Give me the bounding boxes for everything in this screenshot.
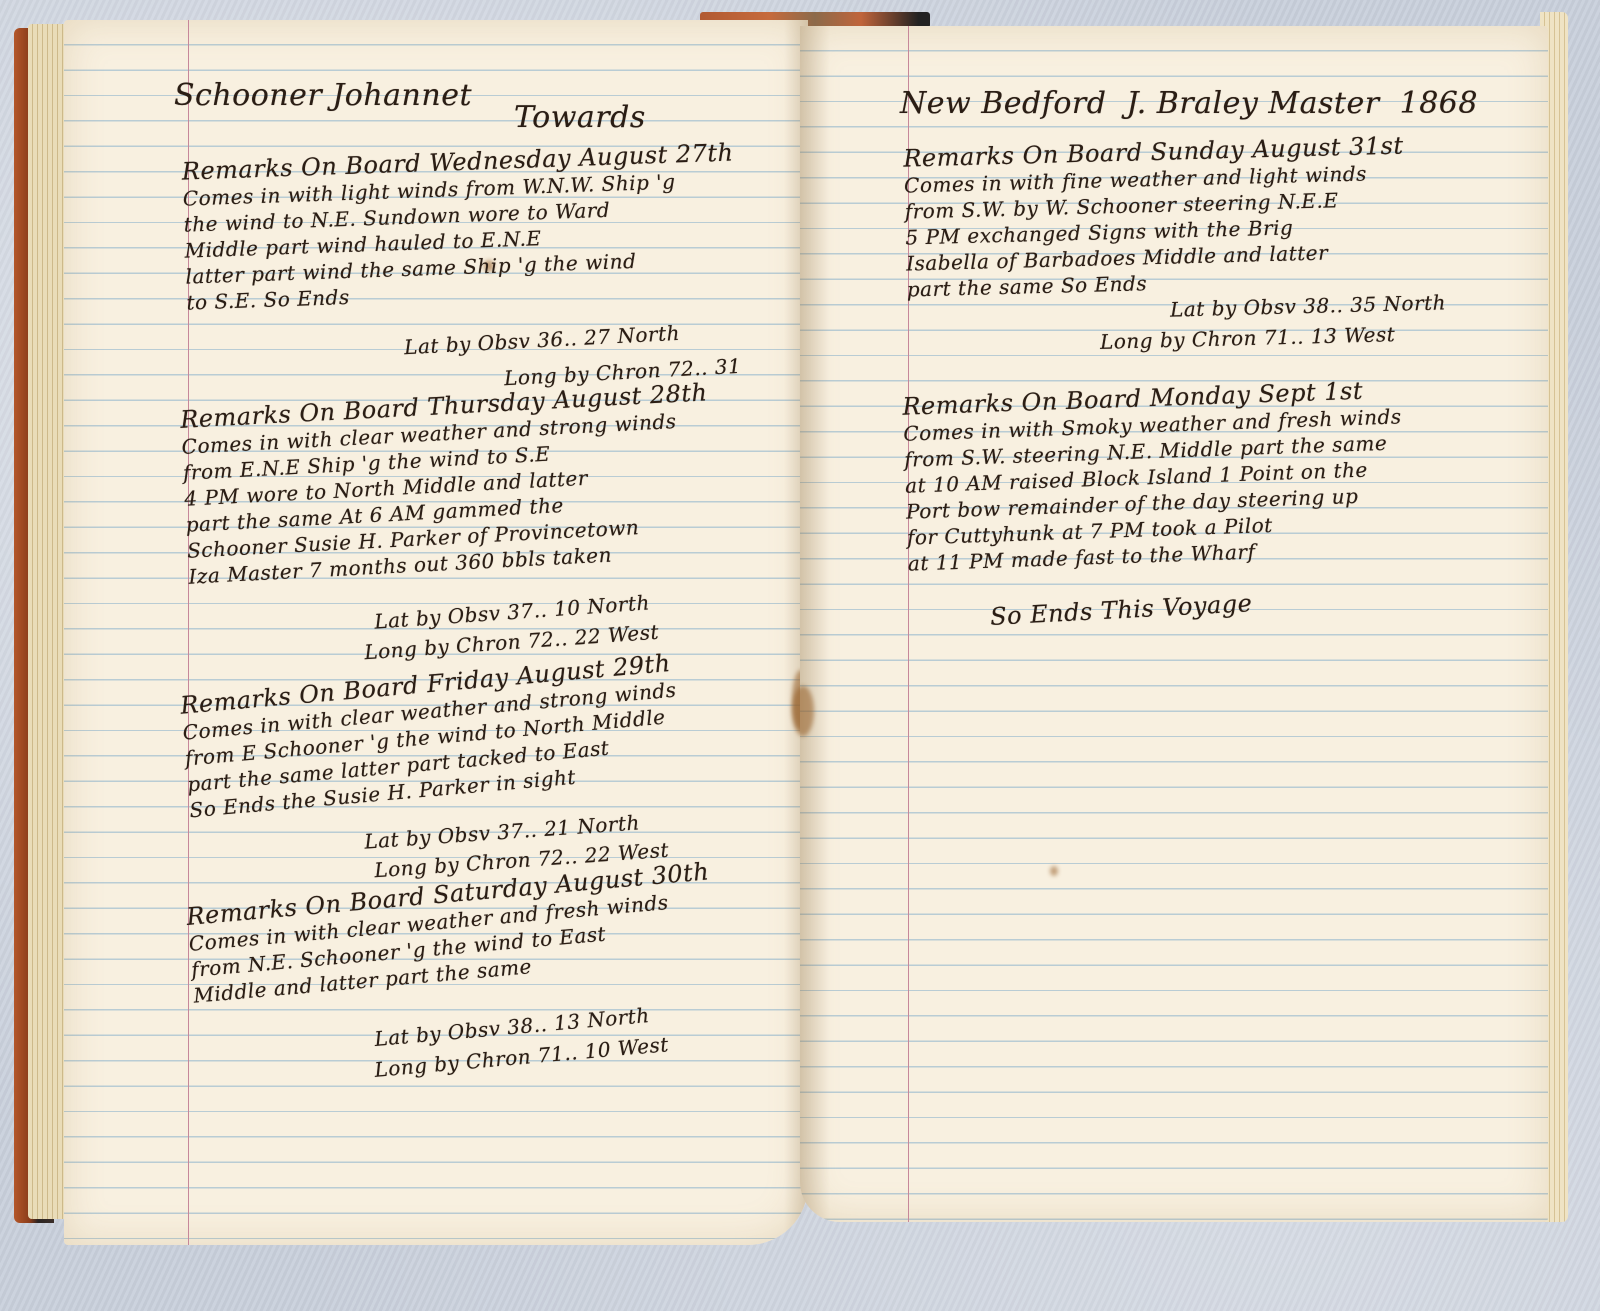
closing-line: So Ends This Voyage xyxy=(989,589,1253,631)
home-port: New Bedford xyxy=(900,86,1106,121)
latitude-reading: Lat by Obsv 38.. 35 North xyxy=(1170,290,1447,321)
master-name: J. Braley Master xyxy=(1127,86,1380,121)
log-entry: Remarks On Board Wednesday August 27th C… xyxy=(181,138,738,315)
log-entry: Remarks On Board Saturday August 30th Co… xyxy=(185,857,717,1008)
log-entry: Remarks On Board Monday Sept 1st Comes i… xyxy=(902,375,1407,576)
ink-stain xyxy=(792,686,814,736)
voyage-direction: Towards xyxy=(514,100,646,135)
log-entry: Remarks On Board Sunday August 31st Come… xyxy=(903,131,1407,302)
vessel-title: Schooner Johannet xyxy=(174,78,472,113)
open-logbook: Schooner Johannet Towards Remarks On Boa… xyxy=(0,0,1600,1311)
longitude-reading: Long by Chron 71.. 13 West xyxy=(1100,322,1396,354)
log-entry: Remarks On Board Friday August 29th Come… xyxy=(179,649,684,824)
page-header: New Bedford J. Braley Master 1868 xyxy=(900,86,1478,121)
latitude-reading: Lat by Obsv 36.. 27 North xyxy=(404,321,681,359)
right-page: New Bedford J. Braley Master 1868 Remark… xyxy=(800,26,1548,1222)
logbook-year: 1868 xyxy=(1400,86,1478,121)
ink-stain xyxy=(1050,866,1058,876)
left-page: Schooner Johannet Towards Remarks On Boa… xyxy=(64,20,808,1245)
log-entry: Remarks On Board Thursday August 28th Co… xyxy=(180,378,717,589)
